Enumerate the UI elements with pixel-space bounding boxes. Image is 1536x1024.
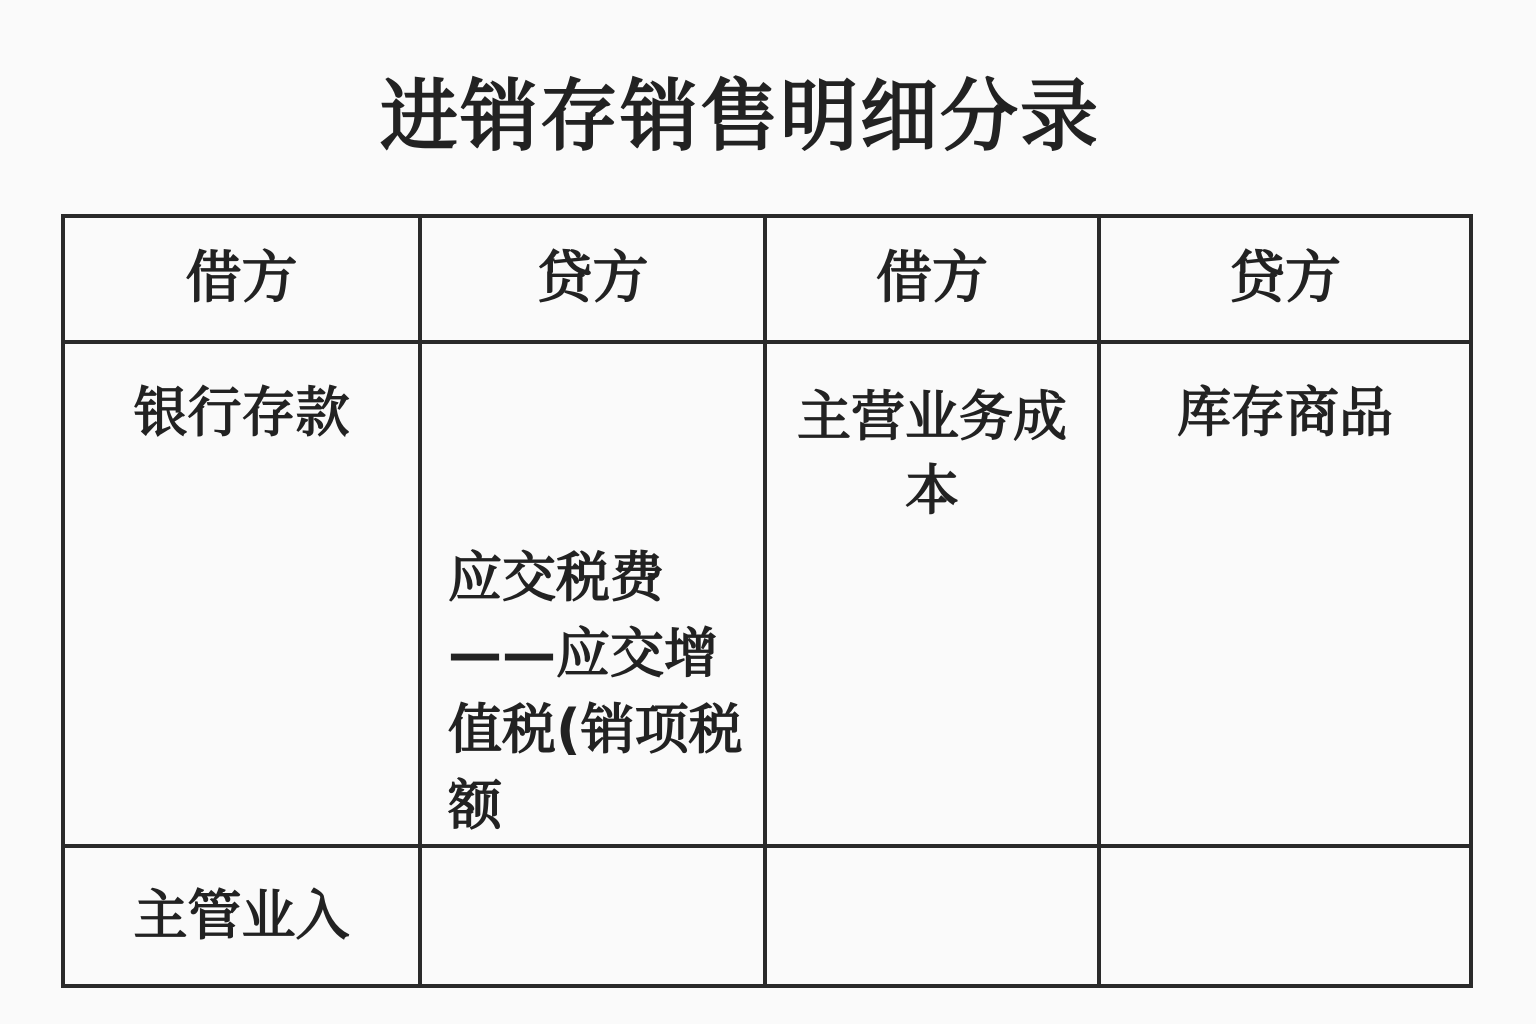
header-cell-credit-1: 贷方: [420, 216, 765, 342]
table-cell: 银行存款: [63, 342, 420, 846]
cell-text: 应交税费——应交增值税(销项税额: [422, 540, 763, 844]
header-label: 借方: [767, 242, 1097, 316]
journal-entry-table: 借方 贷方 借方 贷方 银行存款 应交税费——应交增值税(销项税额 主营业务成本…: [61, 214, 1473, 988]
header-cell-debit-2: 借方: [765, 216, 1099, 342]
cell-text: 主营业务成本: [767, 380, 1097, 528]
header-label: 贷方: [1101, 242, 1469, 316]
header-label: 贷方: [422, 242, 763, 316]
table-cell: 主营业务成本: [765, 342, 1099, 846]
cell-text: 银行存款: [65, 376, 418, 450]
table-cell: 主管业入: [63, 846, 420, 986]
cell-text: 库存商品: [1101, 376, 1469, 450]
table-cell: [1099, 846, 1471, 986]
table-row: 主管业入: [63, 846, 1471, 986]
table-cell: [420, 846, 765, 986]
page-title: 进销存销售明细分录: [330, 62, 1150, 172]
header-label: 借方: [65, 242, 418, 316]
table-cell: [765, 846, 1099, 986]
table-cell: 应交税费——应交增值税(销项税额: [420, 342, 765, 846]
table-header-row: 借方 贷方 借方 贷方: [63, 216, 1471, 342]
header-cell-credit-2: 贷方: [1099, 216, 1471, 342]
table-cell: 库存商品: [1099, 342, 1471, 846]
table-row: 银行存款 应交税费——应交增值税(销项税额 主营业务成本 库存商品: [63, 342, 1471, 846]
cell-text: 主管业入: [65, 879, 418, 953]
header-cell-debit-1: 借方: [63, 216, 420, 342]
